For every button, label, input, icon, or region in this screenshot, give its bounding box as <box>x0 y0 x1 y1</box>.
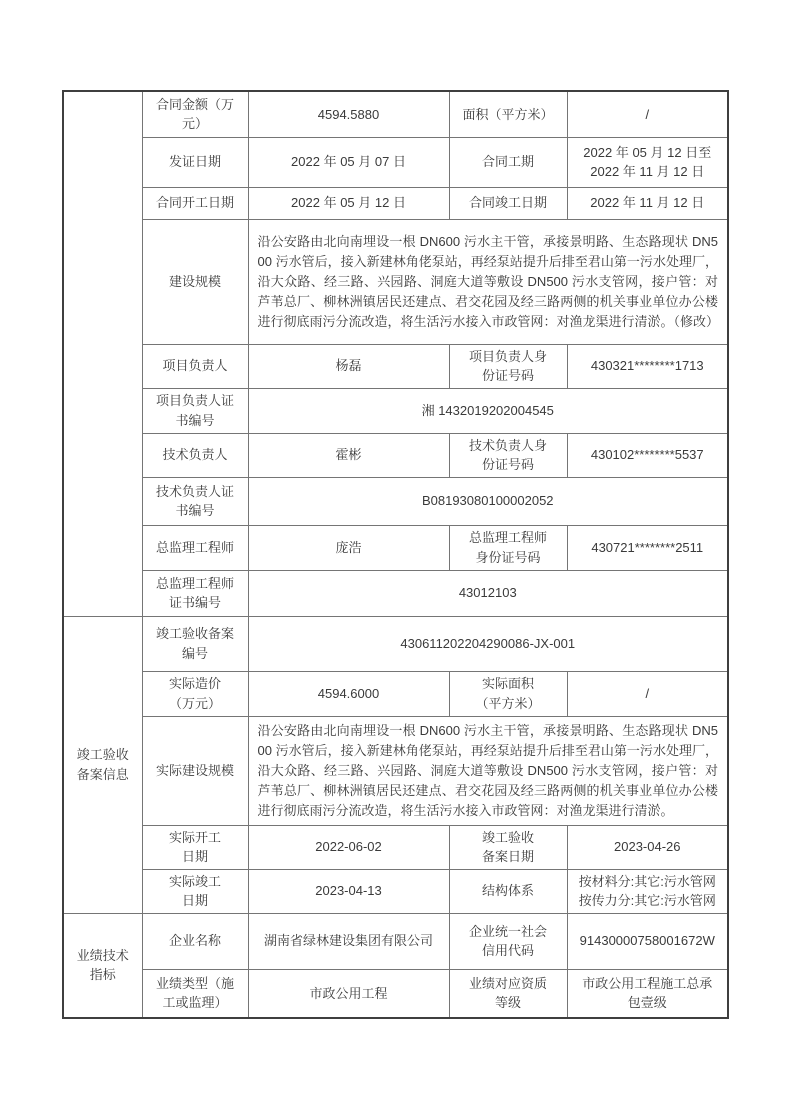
actual-start-date-label: 实际开工 日期 <box>142 825 248 869</box>
contract-amount-value: 4594.5880 <box>248 91 449 137</box>
acceptance-filing-date-value: 2023-04-26 <box>567 825 728 869</box>
table-row: 总监理工程师 庞浩 总监理工程师 身份证号码 430721********251… <box>63 525 728 570</box>
chief-supervisor-cert-label: 总监理工程师 证书编号 <box>142 570 248 616</box>
issue-date-label: 发证日期 <box>142 137 248 187</box>
project-manager-id-value: 430321********1713 <box>567 344 728 388</box>
chief-supervisor-id-value: 430721********2511 <box>567 525 728 570</box>
chief-supervisor-label: 总监理工程师 <box>142 525 248 570</box>
construction-scale-value: 沿公安路由北向南埋设一根 DN600 污水主干管，承接景明路、生态路现状 DN5… <box>248 219 728 344</box>
table-row: 业绩技术 指标 企业名称 湖南省绿林建设集团有限公司 企业统一社会 信用代码 9… <box>63 913 728 969</box>
actual-start-date-value: 2022-06-02 <box>248 825 449 869</box>
structure-system-value: 按材料分:其它:污水管网 按传力分:其它:污水管网 <box>567 869 728 913</box>
area-value: / <box>567 91 728 137</box>
table-row: 技术负责人证 书编号 B08193080100002052 <box>63 477 728 525</box>
table-row: 建设规模 沿公安路由北向南埋设一根 DN600 污水主干管，承接景明路、生态路现… <box>63 219 728 344</box>
table-row: 总监理工程师 证书编号 43012103 <box>63 570 728 616</box>
section-label-completion-acceptance: 竣工验收 备案信息 <box>63 616 142 913</box>
tech-lead-cert-value: B08193080100002052 <box>248 477 728 525</box>
chief-supervisor-value: 庞浩 <box>248 525 449 570</box>
tech-lead-label: 技术负责人 <box>142 433 248 477</box>
tech-lead-id-value: 430102********5537 <box>567 433 728 477</box>
document-page: 合同金额（万 元） 4594.5880 面积（平方米） / 发证日期 2022 … <box>0 0 790 1119</box>
actual-scale-value: 沿公安路由北向南埋设一根 DN600 污水主干管，承接景明路、生态路现状 DN5… <box>248 716 728 825</box>
tech-lead-id-label: 技术负责人身 份证号码 <box>449 433 567 477</box>
actual-area-label: 实际面积 （平方米） <box>449 671 567 716</box>
table-row: 实际竣工 日期 2023-04-13 结构体系 按材料分:其它:污水管网 按传力… <box>63 869 728 913</box>
issue-date-value: 2022 年 05 月 07 日 <box>248 137 449 187</box>
project-manager-cert-label: 项目负责人证 书编号 <box>142 388 248 433</box>
section-label-blank <box>63 91 142 616</box>
performance-type-label: 业绩类型（施 工或监理） <box>142 969 248 1018</box>
company-name-value: 湖南省绿林建设集团有限公司 <box>248 913 449 969</box>
actual-scale-label: 实际建设规模 <box>142 716 248 825</box>
acceptance-filing-date-label: 竣工验收 备案日期 <box>449 825 567 869</box>
contract-finish-date-label: 合同竣工日期 <box>449 187 567 219</box>
table-row: 合同开工日期 2022 年 05 月 12 日 合同竣工日期 2022 年 11… <box>63 187 728 219</box>
actual-cost-label: 实际造价 （万元） <box>142 671 248 716</box>
actual-finish-date-label: 实际竣工 日期 <box>142 869 248 913</box>
project-manager-value: 杨磊 <box>248 344 449 388</box>
credit-code-label: 企业统一社会 信用代码 <box>449 913 567 969</box>
table-row: 实际开工 日期 2022-06-02 竣工验收 备案日期 2023-04-26 <box>63 825 728 869</box>
project-manager-label: 项目负责人 <box>142 344 248 388</box>
project-manager-id-label: 项目负责人身 份证号码 <box>449 344 567 388</box>
project-manager-cert-value: 湘 1432019202004545 <box>248 388 728 433</box>
qualification-grade-value: 市政公用工程施工总承 包壹级 <box>567 969 728 1018</box>
section-label-performance-indicators: 业绩技术 指标 <box>63 913 142 1018</box>
table-row: 竣工验收 备案信息 竣工验收备案 编号 430611202204290086-J… <box>63 616 728 671</box>
table-row: 项目负责人证 书编号 湘 1432019202004545 <box>63 388 728 433</box>
actual-area-value: / <box>567 671 728 716</box>
table-row: 发证日期 2022 年 05 月 07 日 合同工期 2022 年 05 月 1… <box>63 137 728 187</box>
table-row: 项目负责人 杨磊 项目负责人身 份证号码 430321********1713 <box>63 344 728 388</box>
construction-scale-label: 建设规模 <box>142 219 248 344</box>
tech-lead-value: 霍彬 <box>248 433 449 477</box>
chief-supervisor-id-label: 总监理工程师 身份证号码 <box>449 525 567 570</box>
structure-system-label: 结构体系 <box>449 869 567 913</box>
company-name-label: 企业名称 <box>142 913 248 969</box>
project-record-table: 合同金额（万 元） 4594.5880 面积（平方米） / 发证日期 2022 … <box>62 90 729 1019</box>
tech-lead-cert-label: 技术负责人证 书编号 <box>142 477 248 525</box>
actual-finish-date-value: 2023-04-13 <box>248 869 449 913</box>
contract-start-date-label: 合同开工日期 <box>142 187 248 219</box>
table-row: 技术负责人 霍彬 技术负责人身 份证号码 430102********5537 <box>63 433 728 477</box>
contract-period-value: 2022 年 05 月 12 日至 2022 年 11 月 12 日 <box>567 137 728 187</box>
contract-finish-date-value: 2022 年 11 月 12 日 <box>567 187 728 219</box>
contract-period-label: 合同工期 <box>449 137 567 187</box>
area-label: 面积（平方米） <box>449 91 567 137</box>
performance-type-value: 市政公用工程 <box>248 969 449 1018</box>
actual-cost-value: 4594.6000 <box>248 671 449 716</box>
contract-start-date-value: 2022 年 05 月 12 日 <box>248 187 449 219</box>
qualification-grade-label: 业绩对应资质 等级 <box>449 969 567 1018</box>
acceptance-filing-no-value: 430611202204290086-JX-001 <box>248 616 728 671</box>
contract-amount-label: 合同金额（万 元） <box>142 91 248 137</box>
chief-supervisor-cert-value: 43012103 <box>248 570 728 616</box>
table-row: 实际建设规模 沿公安路由北向南埋设一根 DN600 污水主干管，承接景明路、生态… <box>63 716 728 825</box>
acceptance-filing-no-label: 竣工验收备案 编号 <box>142 616 248 671</box>
table-row: 合同金额（万 元） 4594.5880 面积（平方米） / <box>63 91 728 137</box>
credit-code-value: 91430000758001672W <box>567 913 728 969</box>
table-row: 实际造价 （万元） 4594.6000 实际面积 （平方米） / <box>63 671 728 716</box>
table-row: 业绩类型（施 工或监理） 市政公用工程 业绩对应资质 等级 市政公用工程施工总承… <box>63 969 728 1018</box>
